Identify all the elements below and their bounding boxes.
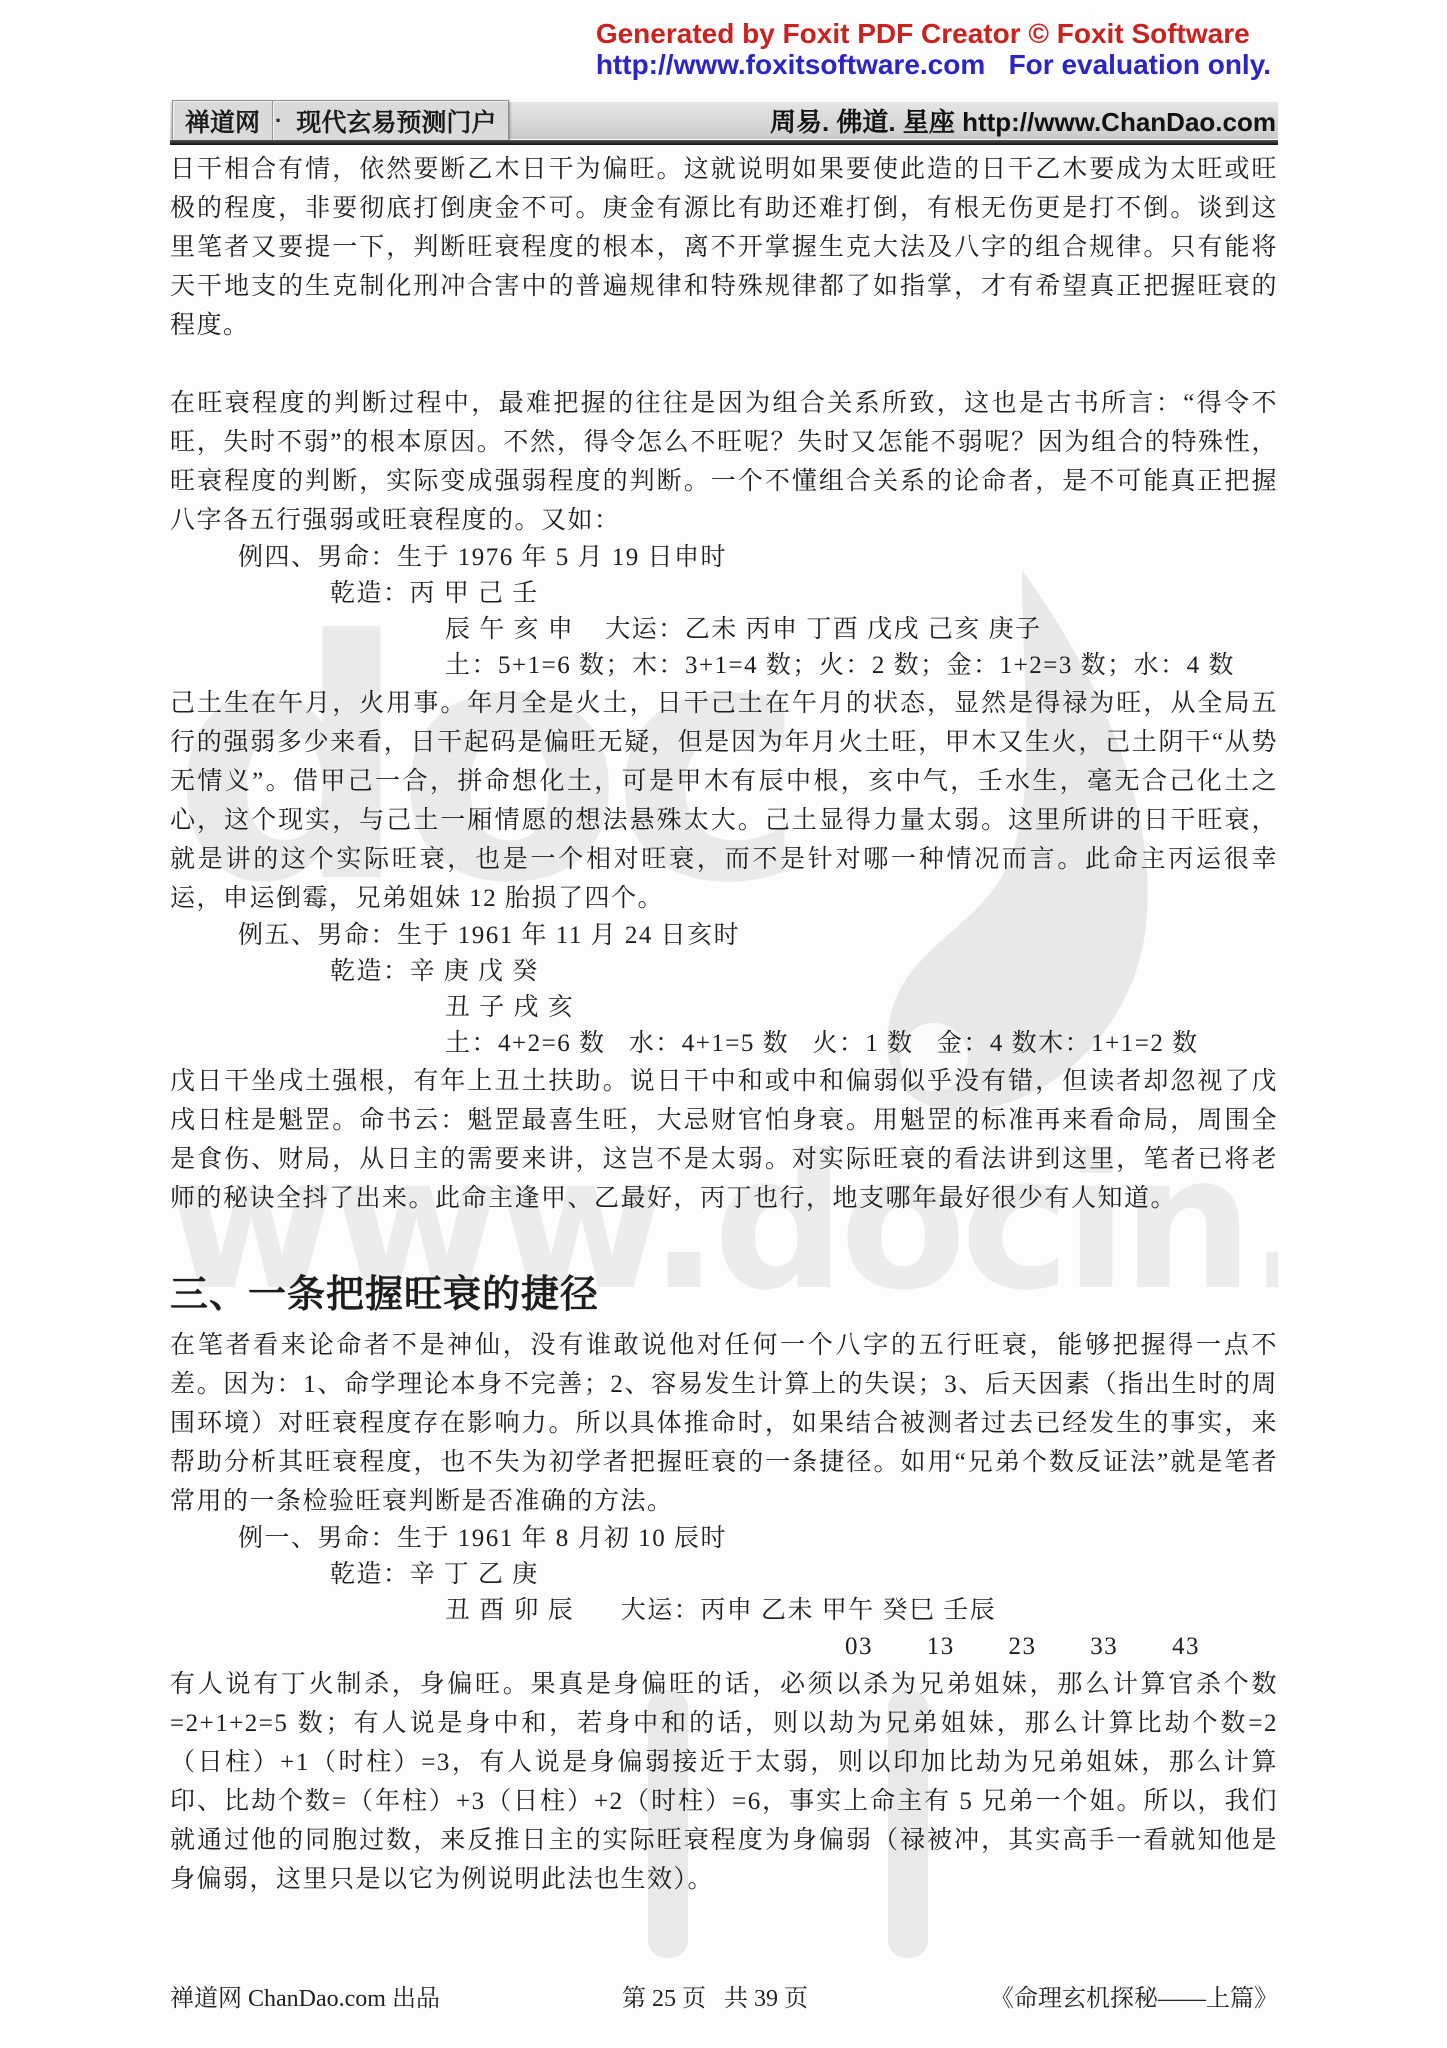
foxit-banner-url-line: http://www.foxitsoftware.com For evaluat… [596, 49, 1271, 80]
example5-qianzao-stems: 乾造：辛 庚 戊 癸 [170, 954, 1278, 990]
footer-book-title: 《命理玄机探秘——上篇》 [990, 1978, 1278, 2013]
paragraph-wuxu-kuigang: 戊日干坐戌土强根，有年上丑土扶助。说日干中和或中和偏弱似乎没有错，但读者却忽视了… [170, 1062, 1278, 1218]
site-header-bar: 禅道网 · 现代玄易预测门户 周易. 佛道. 星座 http://www.Cha… [170, 102, 1278, 139]
example4-element-counts: 土：5+1=6 数；木：3+1=4 数；火：2 数；金：1+2=3 数；水：4 … [170, 648, 1278, 684]
document-page: Generated by Foxit PDF Creator © Foxit S… [0, 0, 1447, 2048]
footer-publisher: 禅道网 ChanDao.com 出品 [170, 1978, 440, 2013]
page-footer: 禅道网 ChanDao.com 出品 第 25 页 共 39 页 《命理玄机探秘… [170, 1978, 1278, 2013]
example4-branches-dayun: 辰 午 亥 申 大运：乙未 丙申 丁酉 戊戌 己亥 庚子 [170, 612, 1278, 648]
example4-title: 例四、男命：生于 1976 年 5 月 19 日申时 [170, 540, 1278, 576]
site-brand-name: 禅道网 [173, 101, 273, 141]
section-heading-shortcut: 三、一条把握旺衰的捷径 [170, 1272, 1278, 1318]
header-divider-rule [170, 140, 1278, 145]
foxit-eval-banner: Generated by Foxit PDF Creator © Foxit S… [596, 18, 1271, 80]
example4-qianzao-stems: 乾造：丙 甲 己 壬 [170, 576, 1278, 612]
site-brand: 禅道网 · 现代玄易预测门户 [172, 100, 509, 142]
foxit-banner-line1: Generated by Foxit PDF Creator © Foxit S… [596, 18, 1271, 49]
example5-title: 例五、男命：生于 1961 年 11 月 24 日亥时 [170, 918, 1278, 954]
site-brand-slogan: 现代玄易预测门户 [284, 101, 508, 141]
footer-page-number: 第 25 页 共 39 页 [622, 1978, 808, 2013]
paragraph-brothers-verification: 有人说有丁火制杀，身偏旺。果真是身偏旺的话，必须以杀为兄弟姐妹，那么计算官杀个数… [170, 1665, 1278, 1899]
example5-element-counts: 土：4+2=6 数 水：4+1=5 数 火：1 数 金：4 数木：1+1=2 数 [170, 1026, 1278, 1062]
brand-separator-dot: · [273, 108, 284, 134]
paragraph-lunmingzhe: 在笔者看来论命者不是神仙，没有谁敢说他对任何一个八字的五行旺衰，能够把握得一点不… [170, 1326, 1278, 1521]
paragraph-wangshuai-panduan: 在旺衰程度的判断过程中，最难把握的往往是因为组合关系所致，这也是古书所言：“得令… [170, 384, 1278, 540]
example1-qianzao-stems: 乾造：辛 丁 乙 庚 [170, 1557, 1278, 1593]
example1-luck-start-ages: 03 13 23 33 43 [170, 1629, 1278, 1665]
site-tagline-url: 周易. 佛道. 星座 http://www.ChanDao.com [770, 102, 1278, 139]
document-body: 日干相合有情，依然要断乙木日干为偏旺。这就说明如果要使此造的日干乙木要成为太旺或… [170, 150, 1278, 1899]
example1-branches-dayun: 丑 酉 卯 辰 大运：丙申 乙未 甲午 癸巳 壬辰 [170, 1593, 1278, 1629]
paragraph-rizhu-hehe: 日干相合有情，依然要断乙木日干为偏旺。这就说明如果要使此造的日干乙木要成为太旺或… [170, 150, 1278, 345]
example5-branches: 丑 子 戌 亥 [170, 990, 1278, 1026]
paragraph-jitu-analysis: 己土生在午月，火用事。年月全是火土，日干己土在午月的状态，显然是得禄为旺，从全局… [170, 684, 1278, 918]
example1-title: 例一、男命：生于 1961 年 8 月初 10 辰时 [170, 1521, 1278, 1557]
